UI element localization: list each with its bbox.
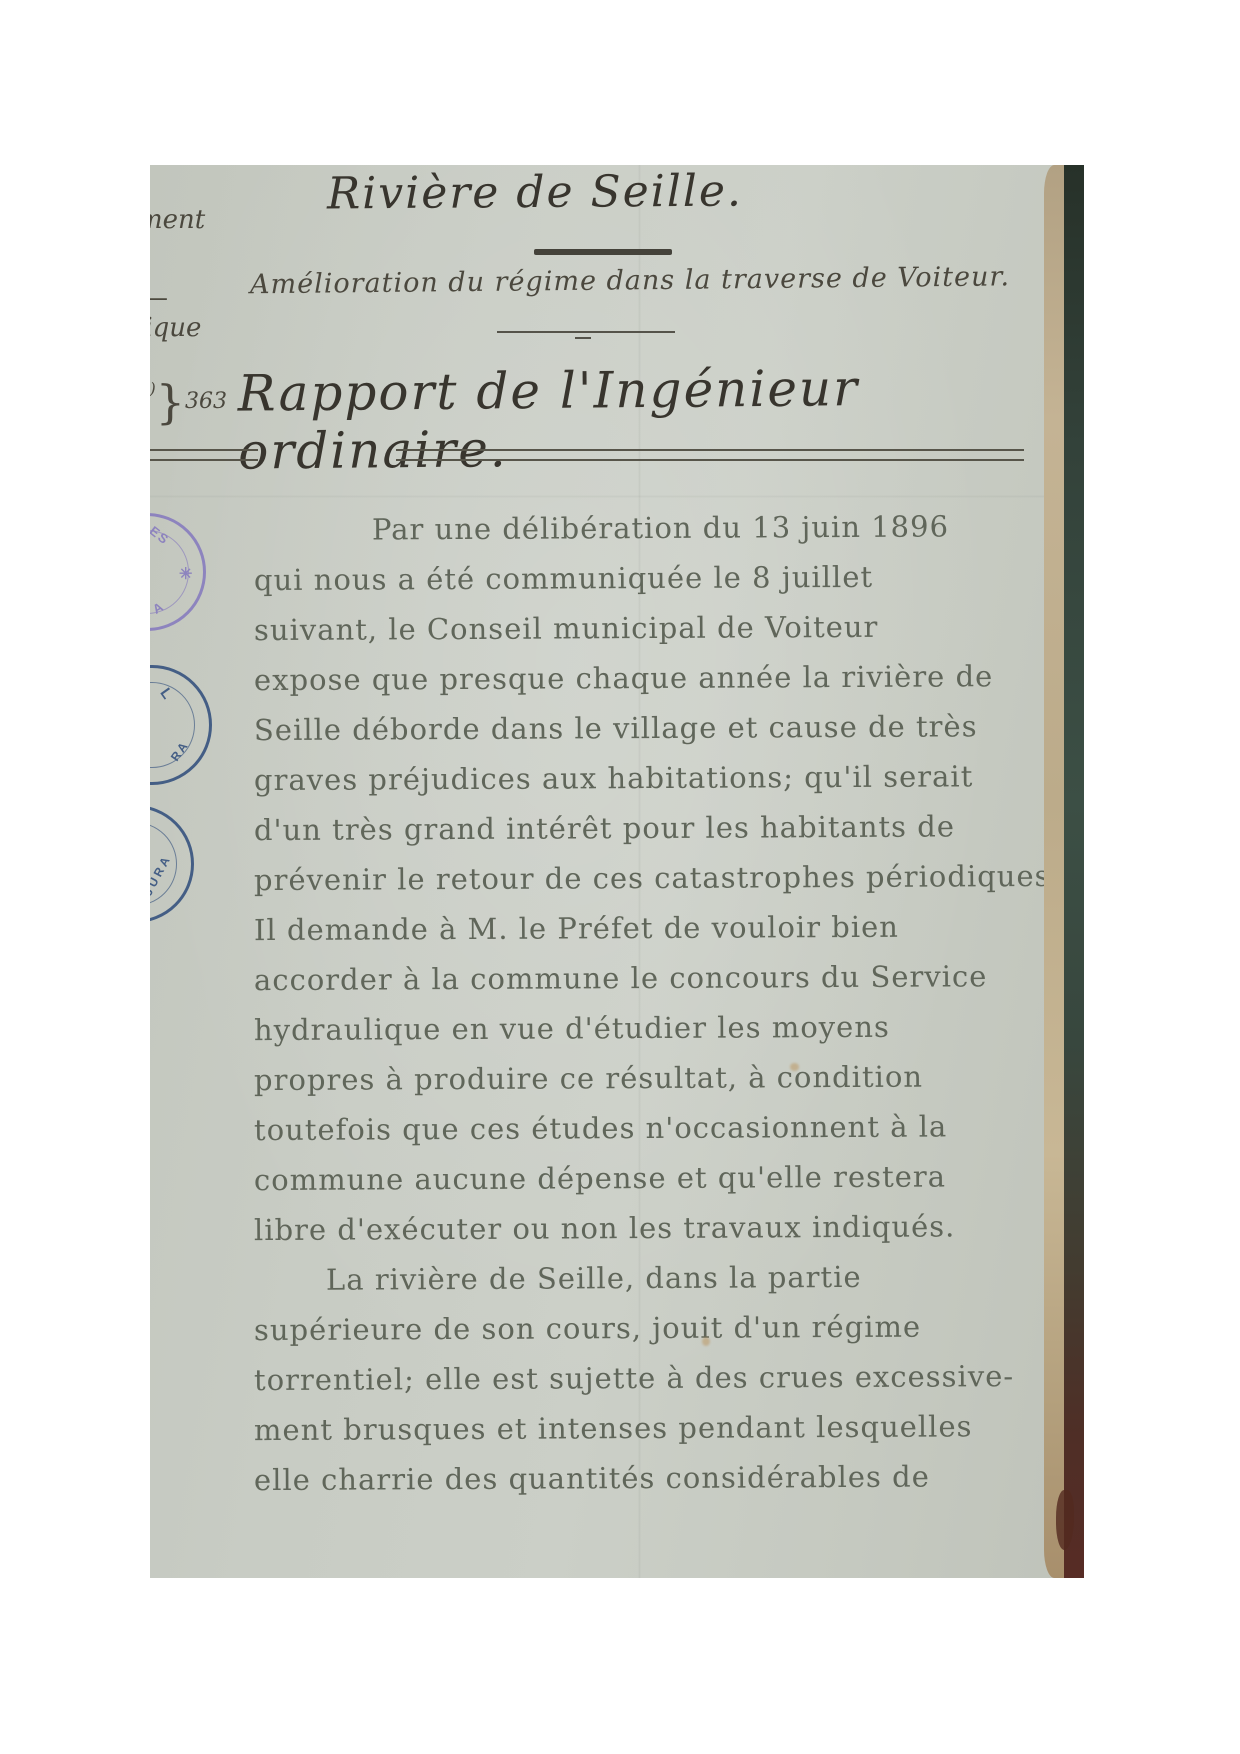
subtitle-underline-dash <box>575 337 591 339</box>
handwritten-line: libre d'exécuter ou non les travaux indi… <box>254 1201 1054 1255</box>
handwritten-line: La rivière de Seille, dans la partie <box>254 1251 1054 1305</box>
title-underline-rule <box>534 249 672 255</box>
handwritten-line: elle charrie des quantités considérables… <box>254 1451 1054 1505</box>
handwritten-line: Seille déborde dans le village et cause … <box>254 701 1054 755</box>
margin-note-dash: — <box>150 283 168 313</box>
margin-note-363-number: 363 <box>185 389 227 414</box>
margin-note-363-brace: } <box>156 375 185 429</box>
star-icon: ✳ <box>179 564 194 584</box>
handwritten-line: suivant, le Conseil municipal de Voiteur <box>254 601 1054 655</box>
handwritten-line: d'un très grand intérêt pour les habitan… <box>254 801 1054 855</box>
handwritten-line: supérieure de son cours, jouit d'un régi… <box>254 1301 1054 1355</box>
handwritten-line: torrentiel; elle est sujette à des crues… <box>254 1351 1054 1405</box>
document-subtitle: Amélioration du régime dans la traverse … <box>250 261 1070 301</box>
blue-round-stamp-upper: L RA <box>150 665 212 785</box>
report-heading: Rapport de l'Ingénieur ordinaire. <box>238 357 1059 480</box>
margin-note-ment: ment <box>150 205 205 235</box>
handwritten-line: ment brusques et intenses pendant lesque… <box>254 1401 1054 1455</box>
horizontal-fold-crease <box>150 495 1050 498</box>
margin-note-363: e)}363 <box>150 375 227 429</box>
handwritten-line: expose que presque chaque année la riviè… <box>254 651 1054 705</box>
document-title: Rivière de Seille. <box>300 165 770 219</box>
handwritten-line: propres à produire ce résultat, à condit… <box>254 1051 1054 1105</box>
blue-round-stamp-lower: JURA <box>150 805 194 923</box>
report-body: Par une délibération du 13 juin 1896 qui… <box>254 503 1054 1503</box>
heading-double-rule-left <box>150 449 258 461</box>
green-cover-edge <box>1064 165 1084 1578</box>
subtitle-underline-rule <box>497 331 675 333</box>
handwritten-line: toutefois que ces études n'occasionnent … <box>254 1101 1054 1155</box>
foxing-spot <box>790 1063 799 1071</box>
screenshot-root: { "page": { "title": "Rivière de Seille.… <box>0 0 1240 1754</box>
manuscript-photo: Rivière de Seille. Amélioration du régim… <box>150 165 1084 1578</box>
handwritten-line: accorder à la commune le concours du Ser… <box>254 951 1054 1005</box>
handwritten-line: Il demande à M. le Préfet de vouloir bie… <box>254 901 1054 955</box>
margin-note-lique: lique <box>150 313 201 343</box>
violet-round-stamp: ES ✳ A <box>150 513 206 631</box>
handwritten-line: commune aucune dépense et qu'elle rester… <box>254 1151 1054 1205</box>
foxing-spot <box>702 1337 710 1346</box>
handwritten-line: graves préjudices aux habitations; qu'il… <box>254 751 1054 805</box>
handwritten-line: qui nous a été communiquée le 8 juillet <box>254 551 1054 605</box>
handwritten-line: prévenir le retour de ces catastrophes p… <box>254 851 1054 905</box>
heading-double-rule <box>396 449 1024 461</box>
handwritten-line: Par une délibération du 13 juin 1896 <box>254 501 1054 555</box>
handwritten-line: hydraulique en vue d'étudier les moyens <box>254 1001 1054 1055</box>
